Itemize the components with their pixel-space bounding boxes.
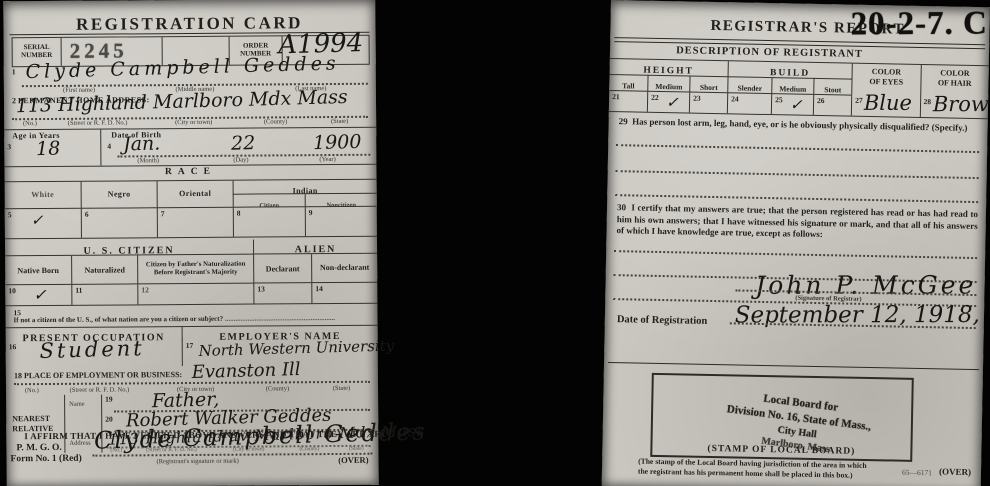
occupation-value-cell: 16 Student xyxy=(6,340,183,367)
build-medium-answer: 25 ✓ xyxy=(771,93,813,115)
occupation-value: Student xyxy=(39,336,145,363)
county-label: (County) xyxy=(240,118,311,125)
race-table: White Negro Oriental Indian Citizen Nonc… xyxy=(5,179,377,240)
declarant-cell: Declarant xyxy=(253,254,311,282)
employment-place-line xyxy=(14,367,370,385)
nondeclarant-cell: Non-declarant xyxy=(311,254,377,282)
slender-cell: Slender xyxy=(727,76,771,93)
line29-question: Has person lost arm, leg, hand, eye, or … xyxy=(632,116,930,132)
line29-number: 29 xyxy=(619,116,628,126)
employer-value: North Western University xyxy=(198,336,394,359)
stout-answer: 26 xyxy=(813,94,851,116)
father-naturalization-answer: 12 xyxy=(137,283,253,305)
occupation-number: 16 xyxy=(9,342,17,351)
left-over-label: (OVER) xyxy=(338,455,368,465)
race-oriental-label: Oriental xyxy=(179,189,211,198)
eyes-value: Blue xyxy=(864,91,912,115)
day-label: (Day) xyxy=(233,157,248,164)
native-born-checkmark: ✓ xyxy=(33,285,47,304)
right-over-label: (OVER) xyxy=(939,466,971,477)
classification-stamp: 20-2-7. C xyxy=(850,5,988,43)
race-negro-label: Negro xyxy=(108,189,131,198)
build-medium-cell: Medium xyxy=(771,77,813,94)
scanned-draft-card-image: REGISTRATION CARD SERIAL NUMBER 2245 ORD… xyxy=(0,0,990,486)
father-naturalization-cell: Citizen by Father's Naturalization Befor… xyxy=(137,255,253,284)
race-white-label: White xyxy=(31,190,54,199)
relative-address-number: 20 xyxy=(105,415,113,424)
line30-block: 30 I certify that my answers are true; t… xyxy=(616,202,978,244)
line30-number: 30 xyxy=(617,202,626,212)
height-medium-answer: 22 ✓ xyxy=(647,91,689,113)
form-number: Form No. 1 (Red) xyxy=(10,454,81,464)
blank-line-29b xyxy=(616,168,979,179)
description-table: HEIGHT BUILD COLOR OF EYES COLOR OF HAIR… xyxy=(609,58,989,119)
race-indian-noncitizen-cell: Noncitizen xyxy=(305,194,377,207)
no-label: (No.) xyxy=(12,120,48,127)
line15-dots: ........................................… xyxy=(225,314,335,323)
age-cell: Age in Years 3 18 xyxy=(4,130,101,167)
height-medium-checkmark: ✓ xyxy=(666,93,679,111)
age-dob-row: Age in Years 3 18 Date of Birth 4 Jan. 2… xyxy=(4,127,376,168)
print-form-code: 65—6171 xyxy=(902,468,932,478)
line29-specify: (Specify.) xyxy=(932,122,968,133)
hair-answer: 28 Brown xyxy=(919,96,988,118)
local-board-stamp-box: Local Board for Division No. 16, State o… xyxy=(650,373,914,462)
race-indian-cell: Indian xyxy=(233,180,377,195)
age-number: 3 xyxy=(7,142,11,151)
registrant-signature-label: (Registrant's signature or mark) xyxy=(157,458,239,466)
slender-answer: 24 xyxy=(727,92,771,114)
tall-cell: Tall xyxy=(609,74,647,91)
naturalized-cell: Naturalized xyxy=(71,255,137,283)
form-org: P. M. G. O. xyxy=(16,443,61,453)
stamp-section-rule xyxy=(608,362,979,370)
race-oriental-cell: Oriental xyxy=(157,181,233,208)
race-header: RACE xyxy=(4,166,376,179)
eyes-answer: 27 Blue xyxy=(851,95,920,117)
line30-text: I certify that my answers are true; that… xyxy=(616,202,978,239)
native-born-cell: Native Born xyxy=(5,256,71,284)
dob-day-value: 22 xyxy=(231,132,256,155)
race-negro-cell: Negro xyxy=(81,181,157,208)
blank-line-29c xyxy=(615,192,978,203)
citizen-table: U. S. CITIZEN ALIEN Native Born Naturali… xyxy=(5,239,377,307)
hair-value: Brown xyxy=(932,92,990,116)
employer-number: 17 xyxy=(186,341,194,350)
short-cell: Short xyxy=(689,76,727,93)
race-citizen-answer: 8 xyxy=(233,206,305,237)
year-label: (Year) xyxy=(319,156,335,163)
native-born-answer: 10 ✓ xyxy=(5,284,71,305)
race-indian-citizen-cell: Citizen xyxy=(233,194,305,207)
stamp-instruction-note: (The stamp of the Local Board having jur… xyxy=(638,457,878,481)
relative-name-number: 19 xyxy=(105,395,113,404)
race-oriental-answer: 7 xyxy=(157,207,233,238)
dob-month-value: Jan. xyxy=(123,132,161,155)
date-of-registration-label: Date of Registration xyxy=(617,314,708,327)
line15-question: If not a citizen of the U. S., of what n… xyxy=(14,315,224,324)
blank-line-29a xyxy=(616,142,979,153)
declarant-answer: 13 xyxy=(253,282,311,303)
race-white-answer: 5 ✓ xyxy=(5,208,81,239)
short-answer: 23 xyxy=(689,92,727,114)
dob-number: 4 xyxy=(107,142,111,151)
race-white-cell: White xyxy=(5,182,81,209)
us-citizen-header-cell: U. S. CITIZEN xyxy=(5,240,253,257)
city-label: (City or town) xyxy=(147,119,240,127)
registration-card: REGISTRATION CARD SERIAL NUMBER 2245 ORD… xyxy=(3,0,378,486)
signature-line xyxy=(92,439,372,457)
street-label: (Street or R. F. D. No.) xyxy=(48,119,148,127)
state-label: (State) xyxy=(311,118,368,125)
dob-year-value: 1900 xyxy=(313,131,362,154)
white-checkmark: ✓ xyxy=(31,211,44,229)
naturalized-answer: 11 xyxy=(71,283,137,304)
age-value: 18 xyxy=(36,137,61,160)
height-medium-cell: Medium xyxy=(647,75,689,92)
dob-cell: Date of Birth 4 Jan. 22 1900 (Month) (Da… xyxy=(101,128,376,166)
race-negro-answer: 6 xyxy=(81,207,157,238)
race-noncitizen-answer: 9 xyxy=(305,206,377,237)
tall-answer: 21 xyxy=(609,90,647,112)
stout-cell: Stout xyxy=(813,78,851,95)
line1-number: 1 xyxy=(12,67,16,76)
month-label: (Month) xyxy=(137,157,159,164)
registrar-report-card: REGISTRAR'S REPORT 20-2-7. C DESCRIPTION… xyxy=(602,0,990,486)
address-sublabels: (No.) (Street or R. F. D. No.) (City or … xyxy=(12,118,368,127)
line15-question-row: If not a citizen of the U. S., of what n… xyxy=(14,314,370,324)
blank-line-30a xyxy=(614,248,977,259)
alien-header-cell: ALIEN xyxy=(253,239,377,255)
build-medium-checkmark: ✓ xyxy=(790,95,803,113)
line29-block: 29 Has person lost arm, leg, hand, eye, … xyxy=(619,116,980,134)
nondeclarant-answer: 14 xyxy=(311,282,377,303)
